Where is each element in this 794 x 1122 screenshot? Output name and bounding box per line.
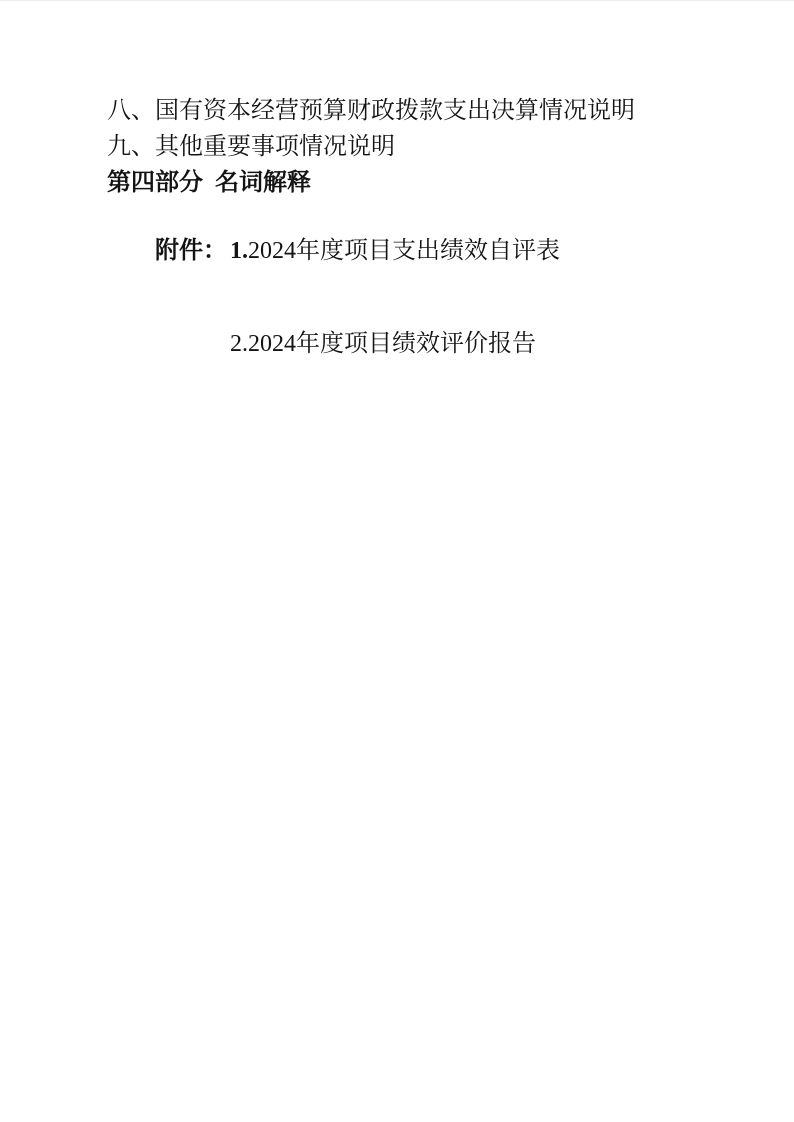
section-heading-part4: 第四部分 名词解释 [107, 165, 754, 201]
toc-item-8: 八、国有资本经营预算财政拨款支出决算情况说明 [107, 93, 754, 129]
attachment-number-1: 1. [230, 238, 248, 264]
attachment-item-1: 附件：1.2024年度项目支出绩效自评表 [107, 205, 754, 298]
toc-item-9: 九、其他重要事项情况说明 [107, 129, 754, 165]
attachments-block: 附件：1.2024年度项目支出绩效自评表 2.2024年度项目绩效评价报告 [107, 205, 754, 391]
document-page: 八、国有资本经营预算财政拨款支出决算情况说明 九、其他重要事项情况说明 第四部分… [0, 0, 794, 1122]
attachment-title-1: 2024年度项目支出绩效自评表 [248, 238, 560, 264]
attachments-label: 附件： [155, 236, 230, 267]
attachment-number-2: 2. [230, 331, 248, 357]
page-content: 八、国有资本经营预算财政拨款支出决算情况说明 九、其他重要事项情况说明 第四部分… [0, 1, 794, 391]
attachment-item-2: 2.2024年度项目绩效评价报告 [107, 298, 754, 391]
attachment-title-2: 2024年度项目绩效评价报告 [248, 331, 536, 357]
